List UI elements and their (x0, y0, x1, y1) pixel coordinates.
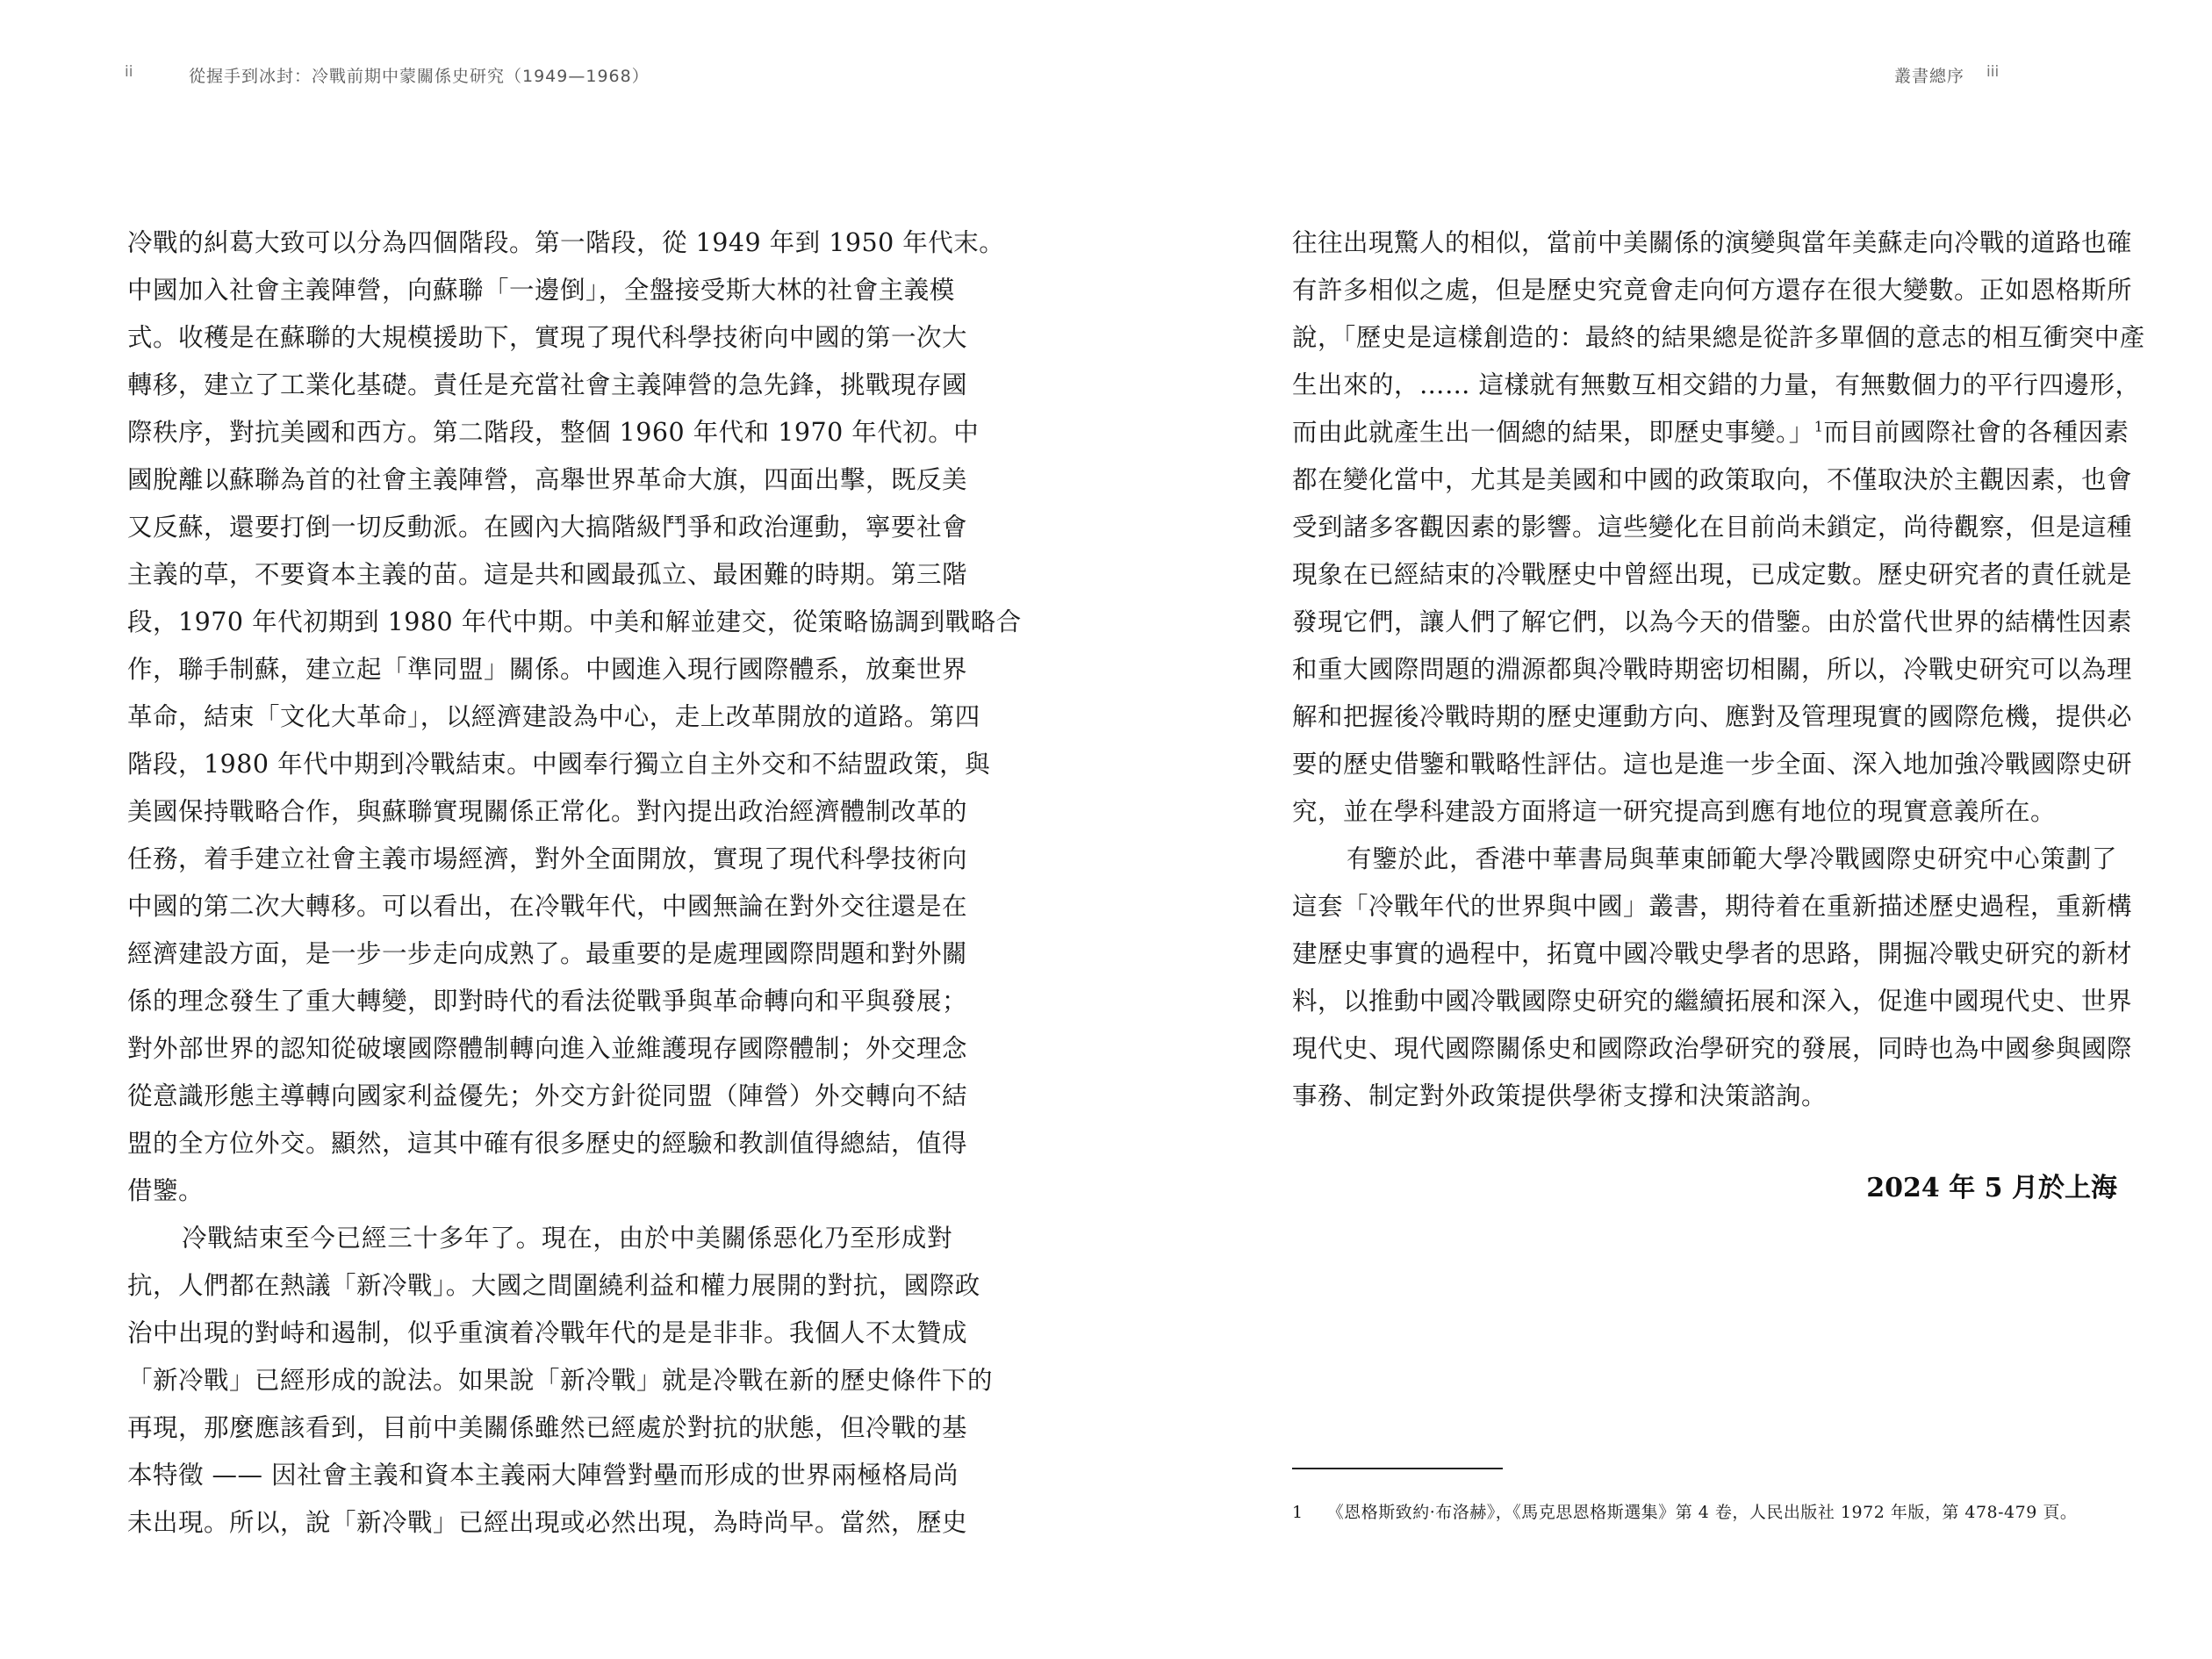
text-line: 中國加入社會主義陣營，向蘇聯「一邊倒」，全盤接受斯大林的社會主義模 (127, 267, 952, 314)
text-line: 建歷史事實的過程中，拓寬中國冷戰史學者的思路，開掘冷戰史研究的新材 (1292, 930, 2117, 978)
text-line: 式。收穫是在蘇聯的大規模援助下，實現了現代科學技術向中國的第一次大 (127, 314, 952, 362)
text-line: 轉移，建立了工業化基礎。責任是充當社會主義陣營的急先鋒，挑戰現存國 (127, 362, 952, 409)
page-number: iii (1986, 63, 1999, 81)
text-line: 從意識形態主導轉向國家利益優先；外交方針從同盟（陣營）外交轉向不結 (127, 1073, 952, 1120)
body-text: 冷戰的糾葛大致可以分為四個階段。第一階段，從 1949 年到 1950 年代末。… (127, 219, 952, 1547)
signature-date-place: 2024 年 5 月於上海 (1866, 1166, 2117, 1204)
text-line: 段，1970 年代初期到 1980 年代中期。中美和解並建交，從策略協調到戰略合 (127, 599, 952, 646)
text-line: 作，聯手制蘇，建立起「準同盟」關係。中國進入現行國際體系，放棄世界 (127, 646, 952, 693)
text-line: 任務，着手建立社會主義市場經濟，對外全面開放，實現了現代科學技術向 (127, 836, 952, 883)
text-line: 冷戰結束至今已經三十多年了。現在，由於中美關係惡化乃至形成對 (127, 1215, 952, 1262)
text-line: 有鑒於此，香港中華書局與華東師範大學冷戰國際史研究中心策劃了 (1292, 836, 2117, 883)
text-line: 「新冷戰」已經形成的說法。如果說「新冷戰」就是冷戰在新的歷史條件下的 (127, 1357, 952, 1404)
text-line: 事務、制定對外政策提供學術支撐和決策諮詢。 (1292, 1073, 2117, 1120)
text-line: 未出現。所以，說「新冷戰」已經出現或必然出現，為時尚早。當然，歷史 (127, 1499, 952, 1547)
text-line: 這套「冷戰年代的世界與中國」叢書，期待着在重新描述歷史過程，重新構 (1292, 883, 2117, 930)
text-line: 係的理念發生了重大轉變，即對時代的看法從戰爭與革命轉向和平與發展； (127, 978, 952, 1025)
text-line: 和重大國際問題的淵源都與冷戰時期密切相關，所以，冷戰史研究可以為理 (1292, 646, 2117, 693)
text-line: 料，以推動中國冷戰國際史研究的繼續拓展和深入，促進中國現代史、世界 (1292, 978, 2117, 1025)
left-page: ii 從握手到冰封：冷戰前期中蒙關係史研究（1949—1968） 冷戰的糾葛大致… (0, 0, 1106, 1659)
text-line: 究，並在學科建設方面將這一研究提高到應有地位的現實意義所在。 (1292, 788, 2117, 836)
text-line: 本特徵 —— 因社會主義和資本主義兩大陣營對壘而形成的世界兩極格局尚 (127, 1452, 952, 1499)
text-line: 國脫離以蘇聯為首的社會主義陣營，高舉世界革命大旗，四面出擊，既反美 (127, 456, 952, 504)
footnote-separator (1292, 1468, 1503, 1469)
text-line: 現代史、現代國際關係史和國際政治學研究的發展，同時也為中國參與國際 (1292, 1025, 2117, 1073)
text-line: 都在變化當中，尤其是美國和中國的政策取向，不僅取決於主觀因素，也會 (1292, 456, 2117, 504)
text-line: 要的歷史借鑒和戰略性評估。這也是進一步全面、深入地加強冷戰國際史研 (1292, 741, 2117, 788)
footnote-text: 《恩格斯致約·布洛赫》，《馬克思恩格斯選集》第 4 卷，人民出版社 1972 年… (1327, 1503, 2078, 1522)
text-line: 現象在已經結束的冷戰歷史中曾經出現，已成定數。歷史研究者的責任就是 (1292, 551, 2117, 599)
right-page: 叢書總序 iii 往往出現驚人的相似，當前中美關係的演變與當年美蘇走向冷戰的道路… (1106, 0, 2212, 1659)
text-line: 借鑒。 (127, 1167, 952, 1215)
text-line: 階段，1980 年代中期到冷戰結束。中國奉行獨立自主外交和不結盟政策，與 (127, 741, 952, 788)
text-line: 發現它們，讓人們了解它們，以為今天的借鑒。由於當代世界的結構性因素 (1292, 599, 2117, 646)
text-line: 又反蘇，還要打倒一切反動派。在國內大搞階級鬥爭和政治運動，寧要社會 (127, 504, 952, 551)
page-number: ii (125, 63, 133, 81)
body-text: 往往出現驚人的相似，當前中美關係的演變與當年美蘇走向冷戰的道路也確有許多相似之處… (1292, 219, 2117, 1120)
text-line: 再現，那麼應該看到，目前中美關係雖然已經處於對抗的狀態，但冷戰的基 (127, 1404, 952, 1452)
text-line: 解和把握後冷戰時期的歷史運動方向、應對及管理現實的國際危機，提供必 (1292, 693, 2117, 741)
text-line: 往往出現驚人的相似，當前中美關係的演變與當年美蘇走向冷戰的道路也確 (1292, 219, 2117, 267)
text-line: 而由此就產生出一個總的結果，即歷史事變。」1而目前國際社會的各種因素 (1292, 409, 2117, 456)
footnote-number: 1 (1292, 1503, 1303, 1522)
text-line: 說，「歷史是這樣創造的：最終的結果總是從許多單個的意志的相互衝突中產 (1292, 314, 2117, 362)
text-line: 盟的全方位外交。顯然，這其中確有很多歷史的經驗和教訓值得總結，值得 (127, 1120, 952, 1167)
text-line: 美國保持戰略合作，與蘇聯實現關係正常化。對內提出政治經濟體制改革的 (127, 788, 952, 836)
text-line: 冷戰的糾葛大致可以分為四個階段。第一階段，從 1949 年到 1950 年代末。 (127, 219, 952, 267)
footnote: 1 《恩格斯致約·布洛赫》，《馬克思恩格斯選集》第 4 卷，人民出版社 1972… (1292, 1499, 2077, 1523)
text-line: 主義的草，不要資本主義的苗。這是共和國最孤立、最困難的時期。第三階 (127, 551, 952, 599)
text-line: 際秩序，對抗美國和西方。第二階段，整個 1960 年代和 1970 年代初。中 (127, 409, 952, 456)
footnote-reference[interactable]: 1 (1814, 419, 1824, 435)
running-head-book-title: 從握手到冰封：冷戰前期中蒙關係史研究（1949—1968） (189, 63, 650, 87)
text-line: 經濟建設方面，是一步一步走向成熟了。最重要的是處理國際問題和對外關 (127, 930, 952, 978)
text-line: 治中出現的對峙和遏制，似乎重演着冷戰年代的是是非非。我個人不太贊成 (127, 1310, 952, 1357)
running-head-section-title: 叢書總序 (1894, 63, 1964, 87)
text-line: 對外部世界的認知從破壞國際體制轉向進入並維護現存國際體制；外交理念 (127, 1025, 952, 1073)
text-line: 生出來的，…… 這樣就有無數互相交錯的力量，有無數個力的平行四邊形， (1292, 362, 2117, 409)
text-line: 抗，人們都在熱議「新冷戰」。大國之間圍繞利益和權力展開的對抗，國際政 (127, 1262, 952, 1310)
text-line: 中國的第二次大轉移。可以看出，在冷戰年代，中國無論在對外交往還是在 (127, 883, 952, 930)
text-line: 有許多相似之處，但是歷史究竟會走向何方還存在很大變數。正如恩格斯所 (1292, 267, 2117, 314)
text-line: 受到諸多客觀因素的影響。這些變化在目前尚未鎖定，尚待觀察，但是這種 (1292, 504, 2117, 551)
text-line: 革命，結束「文化大革命」，以經濟建設為中心，走上改革開放的道路。第四 (127, 693, 952, 741)
